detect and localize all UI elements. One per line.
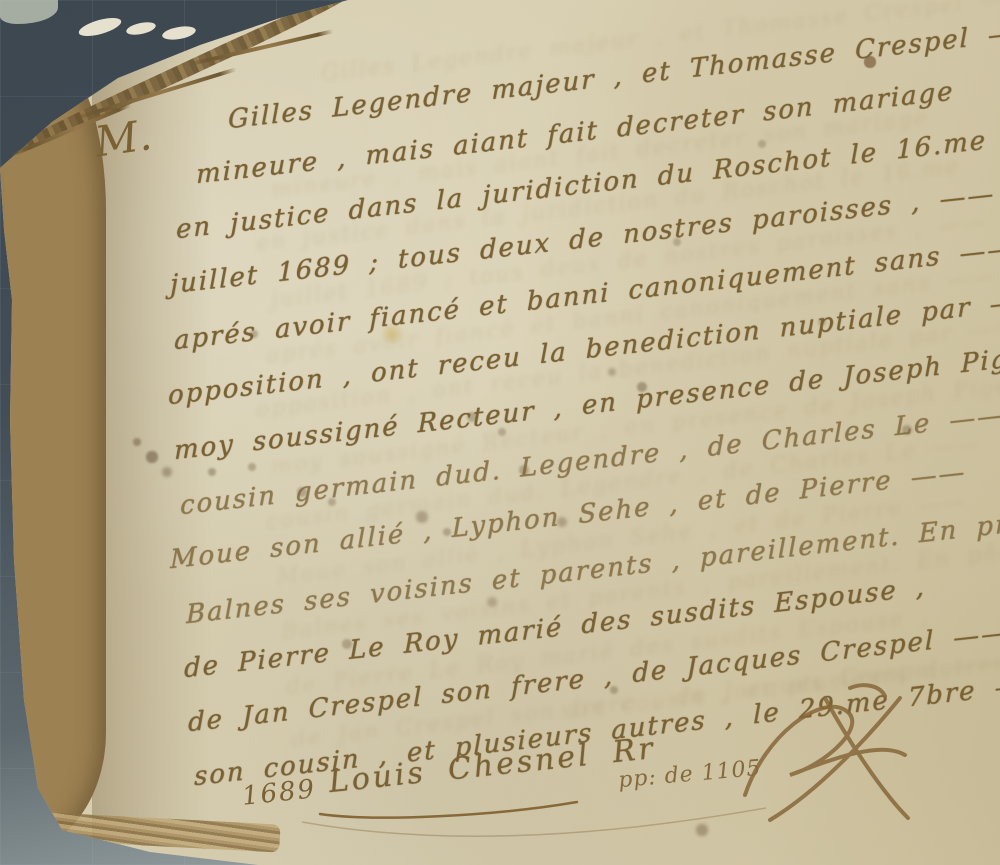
signature-paraph-flourish — [730, 680, 920, 830]
photo-backdrop: Gilles Legendre majeur , et Thomasse Cre… — [0, 0, 1000, 865]
flourish-stroke — [302, 808, 766, 836]
paraph-cap — [850, 685, 885, 696]
manuscript-book: Gilles Legendre majeur , et Thomasse Cre… — [0, 0, 1000, 865]
paraph-strokes — [745, 685, 908, 820]
faint-arc-flourish — [300, 802, 770, 846]
